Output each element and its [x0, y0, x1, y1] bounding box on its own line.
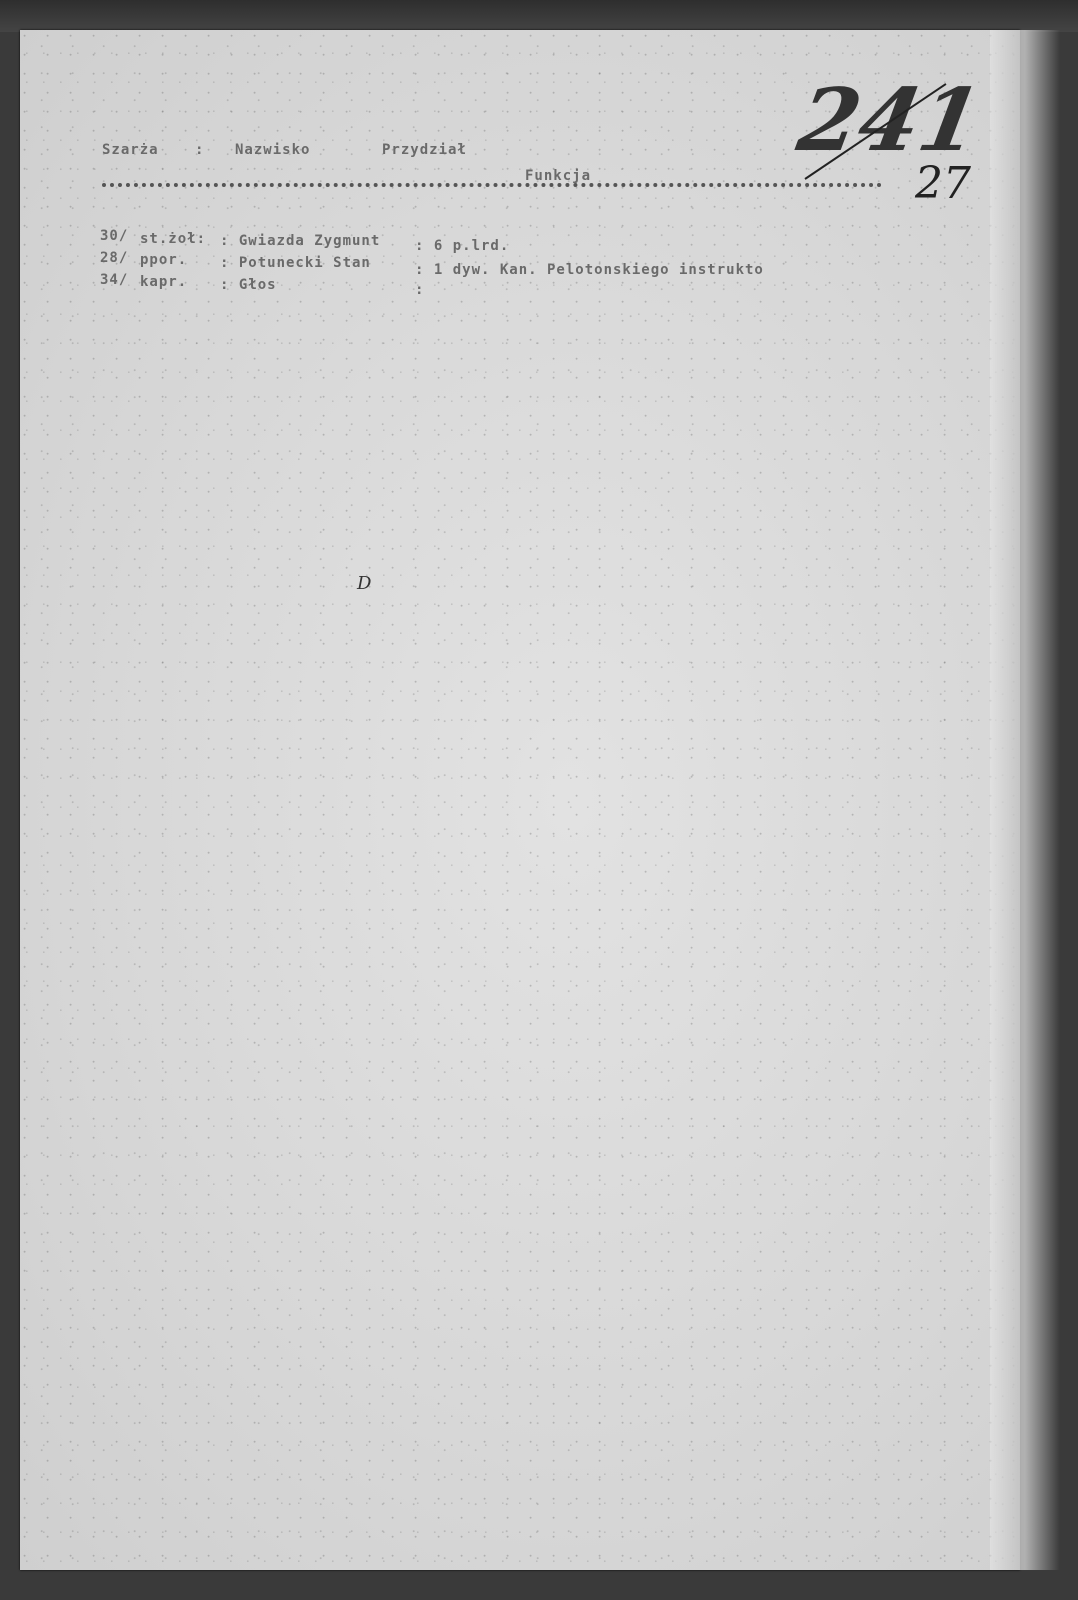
header-colon: : [195, 142, 204, 158]
scan-backdrop [0, 0, 1078, 32]
row-number: 30/ [100, 228, 128, 244]
row-name: : Głos [220, 277, 277, 293]
header-assignment: Przydział [382, 142, 467, 158]
header-function: Funkcja [525, 168, 591, 184]
row-rank: ppor. [140, 252, 187, 268]
document-page: Szarża : Nazwisko Przydział Funkcja 30/ … [20, 30, 1020, 1570]
row-assignment: : [415, 282, 424, 298]
header-separator [102, 183, 882, 187]
header-name: Nazwisko [235, 142, 310, 158]
row-assignment: : 6 p.lrd. [415, 238, 509, 254]
row-number: 28/ [100, 250, 128, 266]
row-name: : Potunecki Stan [220, 255, 371, 271]
row-rank: kapr. [140, 274, 187, 290]
row-name: : Gwiazda Zygmunt [220, 233, 380, 249]
header-rank: Szarża [102, 142, 159, 158]
row-number: 34/ [100, 272, 128, 288]
row-assignment: : 1 dyw. Kan. Pelotonskiego instrukto [415, 262, 764, 278]
handwritten-page-number: 27 [915, 158, 971, 209]
handwritten-mark: D [357, 573, 371, 594]
row-rank: st.żoł: [140, 231, 206, 247]
